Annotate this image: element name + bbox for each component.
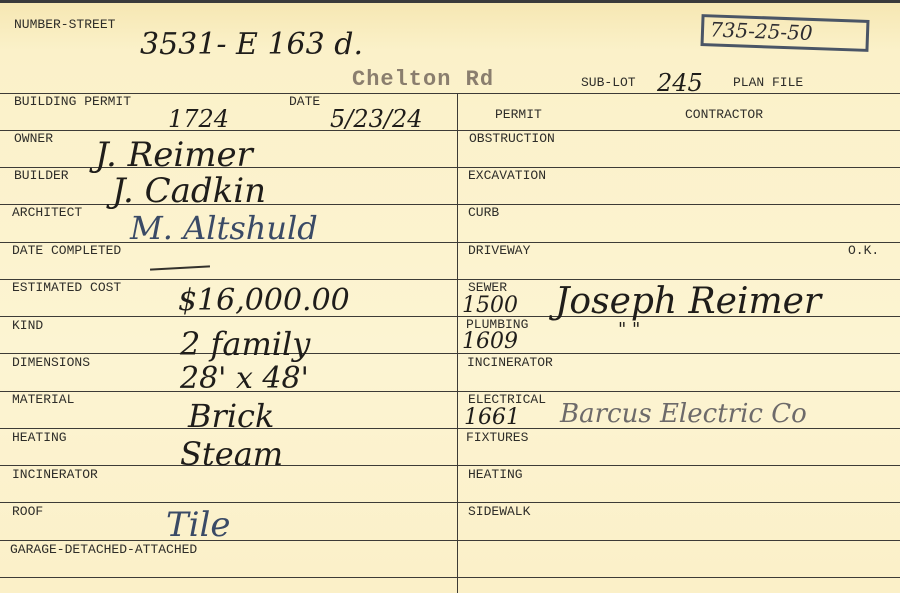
material-value: Brick [188, 397, 274, 435]
date-value: 5/23/24 [330, 105, 423, 133]
plumbing-number: 1609 [462, 329, 518, 354]
curb-label: CURB [468, 205, 499, 220]
sub-lot-label: SUB-LOT [581, 75, 636, 90]
rule [0, 391, 900, 392]
builder-label: BUILDER [14, 168, 69, 183]
heating-value: Steam [180, 435, 283, 473]
dimensions-value: 28' x 48' [180, 361, 309, 396]
obstruction-label: OBSTRUCTION [469, 131, 555, 146]
date-completed-dash [150, 265, 210, 270]
rule [0, 577, 900, 578]
file-number-box: 735-25-50 [700, 14, 869, 52]
owner-label: OWNER [14, 131, 53, 146]
permit-column-header: PERMIT [495, 107, 542, 122]
owner-value: J. Reimer [95, 135, 253, 175]
contractor-column-header: CONTRACTOR [685, 107, 763, 122]
kind-value: 2 family [180, 325, 310, 363]
column-divider [457, 93, 458, 593]
driveway-status: O.K. [848, 243, 879, 258]
file-number: 735-25-50 [710, 17, 813, 45]
roof-value: Tile [166, 505, 231, 545]
architect-value: M. Altshuld [130, 209, 318, 247]
builder-value: J. Cadkin [112, 171, 266, 211]
rule [0, 465, 900, 466]
architect-label: ARCHITECT [12, 205, 82, 220]
driveway-label: DRIVEWAY [468, 243, 530, 258]
fixtures-label: FIXTURES [466, 430, 528, 445]
rule [0, 540, 900, 541]
date-label: DATE [289, 94, 320, 109]
rule [0, 502, 900, 503]
building-permit-value: 1724 [168, 105, 229, 133]
sewer-contractor: Joseph Reimer [555, 281, 821, 322]
building-permit-label: BUILDING PERMIT [14, 94, 131, 109]
rule [0, 353, 900, 354]
electrical-contractor: Barcus Electric Co [560, 399, 807, 429]
electrical-number: 1661 [464, 405, 520, 430]
plumbing-contractor-ditto: " " [618, 319, 640, 340]
excavation-label: EXCAVATION [468, 168, 546, 183]
number-street-value: 3531- E 163 d. [140, 27, 363, 62]
permit-card: NUMBER-STREET 3531- E 163 d. Chelton Rd … [0, 0, 900, 593]
incinerator-permit-label: INCINERATOR [467, 355, 553, 370]
plan-file-label: PLAN FILE [733, 75, 803, 90]
rule [0, 93, 900, 94]
date-completed-label: DATE COMPLETED [12, 243, 121, 258]
sidewalk-label: SIDEWALK [468, 504, 530, 519]
roof-label: ROOF [12, 504, 43, 519]
stamped-street: Chelton Rd [352, 67, 494, 92]
kind-label: KIND [12, 318, 43, 333]
heating-permit-label: HEATING [468, 467, 523, 482]
rule [0, 130, 900, 131]
estimated-cost-value: $16,000.00 [178, 283, 350, 318]
material-label: MATERIAL [12, 392, 74, 407]
garage-label: GARAGE-DETACHED-ATTACHED [10, 542, 197, 557]
estimated-cost-label: ESTIMATED COST [12, 280, 121, 295]
sewer-number: 1500 [462, 293, 518, 318]
heating-label: HEATING [12, 430, 67, 445]
dimensions-label: DIMENSIONS [12, 355, 90, 370]
incinerator-label: INCINERATOR [12, 467, 98, 482]
rule [0, 279, 900, 280]
number-street-label: NUMBER-STREET [14, 17, 115, 32]
